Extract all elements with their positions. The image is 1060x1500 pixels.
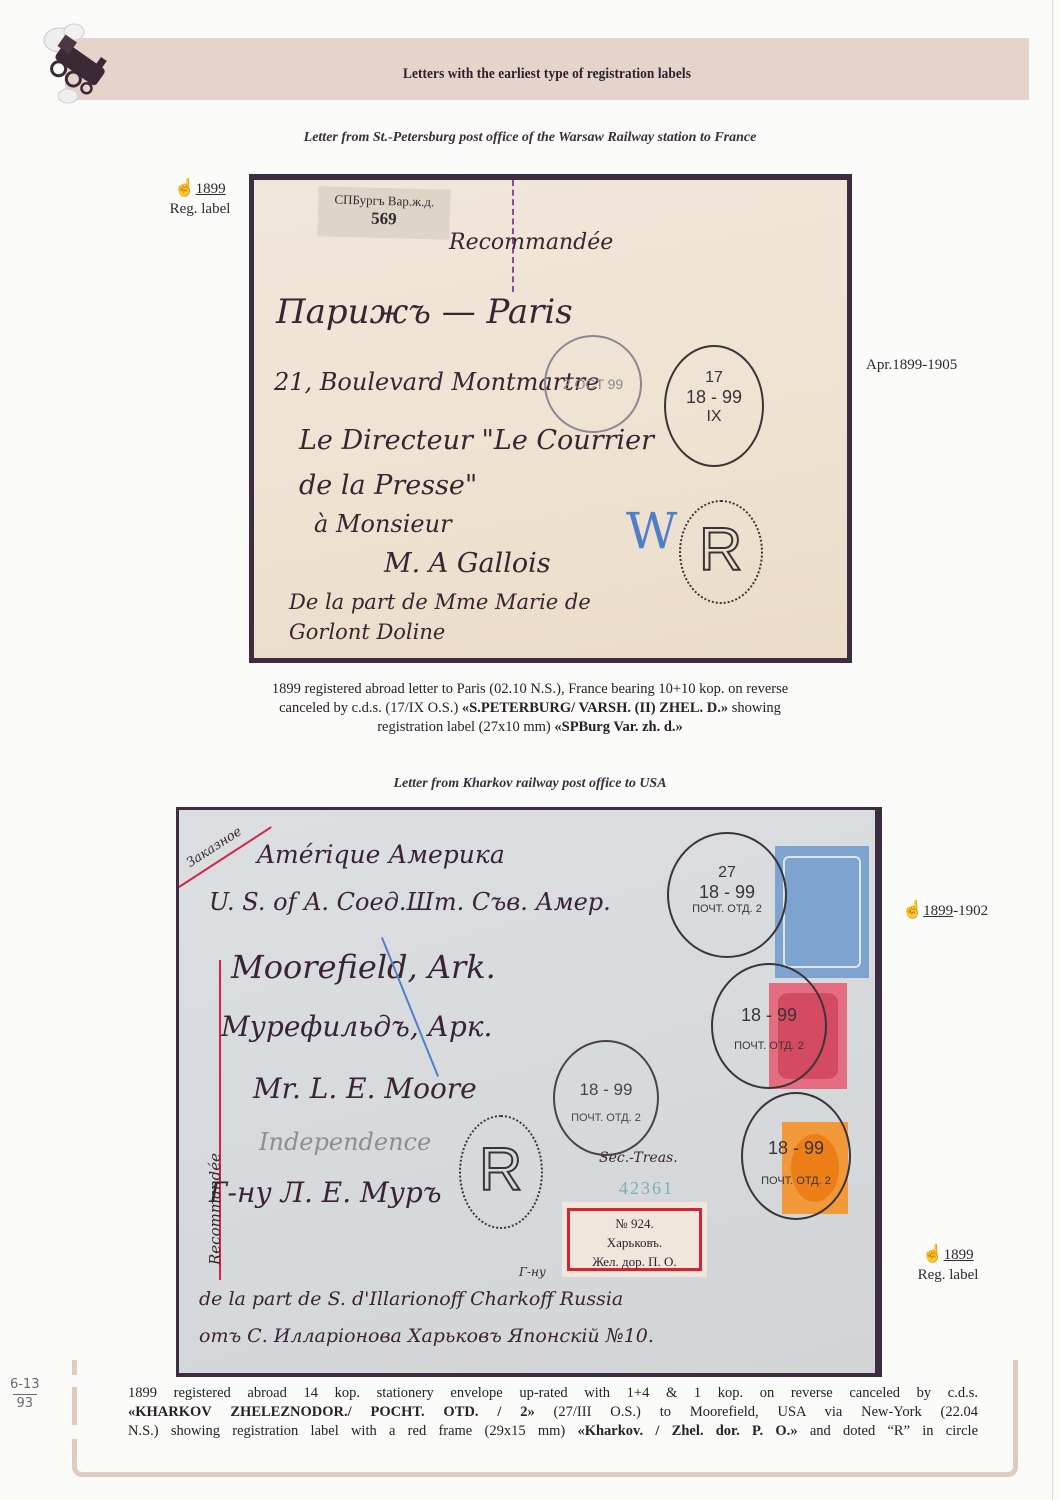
handwriting-recommande: Recommandée: [449, 230, 613, 255]
handwriting-monsieur: à Monsieur: [314, 510, 452, 538]
handwriting-country: Amérique Америка: [257, 840, 505, 869]
envelope-1: СПБургъ Вар.ж.д. 569 Recommandée Парижъ …: [254, 180, 847, 658]
handwriting-sender-2: Gorlont Doline: [289, 620, 445, 644]
handwriting-sender: de la part de S. d'Illarionoff Charkoff …: [199, 1288, 623, 1310]
period-note-2: ☝1899-1902: [902, 900, 988, 921]
section2-subtitle: Letter from Kharkov railway post office …: [0, 776, 1060, 792]
frame-gap: [72, 1425, 77, 1439]
page-title: Letters with the earliest type of regist…: [104, 66, 991, 83]
postmark-3: 18 - 99 ПОЧТ. ОТД. 2: [553, 1040, 659, 1156]
handwriting-sender-ru: отъ С. Илларіонова Харьковъ Японскiй №10…: [199, 1325, 654, 1347]
registration-label-1: СПБургъ Вар.ж.д. 569: [317, 186, 450, 239]
handwriting-town: Moorefield, Ark.: [231, 948, 496, 986]
frame-gap: [990, 1467, 1002, 1472]
vertical-note-recommandee: Recommandée: [206, 1153, 224, 1265]
arrival-postmark: 2 OCT 99: [544, 335, 642, 433]
section1-subtitle: Letter from St.-Petersburg post office o…: [0, 130, 1060, 146]
postmark-2: 18 - 99 ПОЧТ. ОТД. 2: [711, 963, 827, 1089]
frame-gap: [1008, 1420, 1013, 1432]
header-banner: Letters with the earliest type of regist…: [65, 38, 1029, 100]
blue-w-mark: W: [626, 502, 677, 560]
handwriting-recipient: Mr. L. E. Moore: [253, 1072, 477, 1105]
pointing-hand-icon: ☝: [174, 178, 195, 197]
dotted-r-mark: R: [699, 515, 742, 584]
frame-gap: [106, 1467, 124, 1472]
period-note-1: Apr.1899-1905: [866, 355, 957, 375]
green-number: 42361: [619, 1178, 674, 1199]
caption-1: 1899 registered abroad letter to Paris (…: [190, 680, 870, 737]
steam-locomotive-icon: [30, 18, 120, 108]
dotted-r-mark: R: [479, 1135, 522, 1204]
pointing-hand-icon: ☝: [922, 1244, 943, 1263]
frame-gap: [72, 1375, 77, 1387]
handwriting-recipient-ru: Г-ну Л. Е. Муръ: [209, 1176, 442, 1209]
handwriting-city: Парижъ — Paris: [276, 292, 573, 332]
reg-label-note-1: ☝1899 Reg. label: [160, 178, 240, 219]
pencil-note: Independence: [259, 1128, 431, 1156]
envelope-1-mount: СПБургъ Вар.ж.д. 569 Recommandée Парижъ …: [249, 174, 852, 663]
page-edge: [1052, 0, 1053, 1500]
stamp-14-kop-stationery: [775, 846, 869, 978]
envelope-2: Заказное Recommandée Amérique Америка U.…: [179, 810, 875, 1373]
pencil-margin-note: 6-13 93: [10, 1377, 40, 1412]
handwriting-sender: De la part de Mme Marie de: [289, 590, 591, 614]
handwriting-town-ru: Мурефильдъ, Арк.: [221, 1010, 492, 1043]
handwriting-usa: U. S. of A. Соед.Шт. Съв. Амер.: [209, 888, 611, 916]
frame-gap: [940, 1467, 956, 1472]
page-frame: [72, 1360, 1018, 1477]
postmark-4: 18 - 99 ПОЧТ. ОТД. 2: [741, 1092, 851, 1220]
reg-label-note-2: ☝1899 Reg. label: [908, 1244, 988, 1285]
small-note: Г-ну: [519, 1265, 546, 1279]
registration-label-2: № 924. Харьковъ. Жел. дор. П. О.: [562, 1202, 707, 1277]
envelope-2-mount: Заказное Recommandée Amérique Америка U.…: [176, 807, 882, 1377]
postmark-1: 27 18 - 99 ПОЧТ. ОТД. 2: [667, 832, 787, 958]
handwriting-name: M. A Gallois: [384, 548, 551, 579]
handwriting-recipient-2: de la Presse": [299, 470, 477, 501]
pointing-hand-icon: ☝: [902, 900, 923, 919]
departure-postmark: 17 18 - 99 IX: [664, 345, 764, 467]
